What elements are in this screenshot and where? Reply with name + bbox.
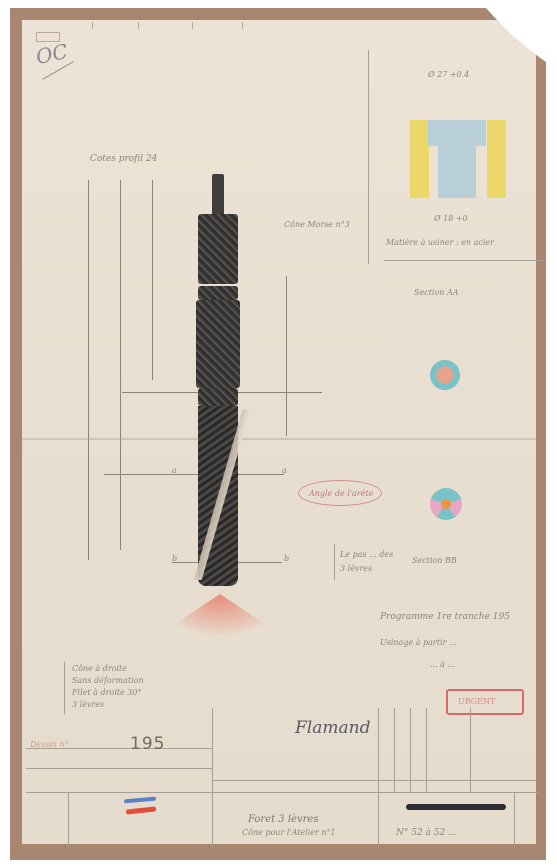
ink-bar-mark [406,804,506,810]
lower-right-line3: ... à ... [430,660,455,669]
bore-caption: Matière à usiner : en acier [386,238,494,247]
dimension-line [120,180,121,550]
dimension-line [88,180,89,560]
drawing-sheet: OC Cotes profil 24 Cône Morse n°3 a a b … [10,8,546,860]
section-a-mark-left: a [172,466,177,475]
section-a-title: Section AA [414,288,459,297]
title-block-rule [394,708,395,792]
bore-section-drawing [410,120,506,198]
bore-hole [438,146,476,198]
section-b-mark-right: b [284,554,289,563]
frame-tick [192,22,193,29]
drill-collar [198,286,238,300]
lower-right-line2: Usinage à partir ... [380,638,457,647]
drill-shank-lower [196,300,240,388]
title-block-rule [212,780,538,781]
shank-note: Cône Morse n°3 [284,220,350,229]
left-note-line3: Filet à droite 30° [72,688,141,697]
counterbore [428,120,486,146]
drawing-title: Foret 3 lèvres [248,814,318,825]
frame-tick [242,22,243,29]
title-block-rule [26,768,212,769]
section-a-cross-section [430,360,460,390]
mid-note-line2: 3 lèvres [340,564,372,573]
drill-tang [212,174,224,214]
section-line-a [104,474,284,475]
red-box-stamp: URGENT [446,689,524,715]
drill-neck [198,388,238,406]
frame-tick [92,22,93,29]
section-b-cross-section [430,488,462,520]
title-block-rule [378,708,379,848]
section-a-mark-right: a [282,466,287,475]
dimension-line [286,276,287,436]
dimension-line [152,180,153,380]
corner-mark: OC [34,39,70,69]
section-b-title: Section BB [412,556,457,565]
left-note-line1: Cône à droite [72,664,127,673]
fold-line [22,438,536,440]
bore-dim-bottom: Ø 18 +0 [434,214,468,223]
drawing-reference: N° 52 à 52 ... [396,828,457,838]
drawing-number-label: Dessin n° [30,740,69,749]
red-oval-annotation: Angle de l'arête [298,480,382,506]
left-note-line4: 3 lèvres [72,700,104,709]
drawing-subtitle: Cône pour l'Atelier n°1 [242,828,336,837]
bracket [334,544,335,580]
title-block-rule [426,708,427,792]
frame-tick [138,22,139,29]
drill-shank-upper [198,214,238,284]
title-block-rule [470,708,471,792]
drill-bit-drawing [196,174,240,594]
title-block-rule [68,792,69,848]
divider [384,260,544,261]
title-block-rule [410,708,411,792]
divider [368,50,369,264]
left-note-line2: Sans déformation [72,676,144,685]
top-left-title: Cotes profil 24 [90,154,157,164]
title-block-rule [514,792,515,848]
signature: Flamand [295,718,370,738]
red-box-label: URGENT [458,697,495,706]
oval-note: Angle de l'arête [309,489,373,498]
drawing-number: 195 [130,734,165,754]
bracket [64,662,65,714]
title-block-rule [212,708,213,848]
mid-note-line1: Le pas ... des [340,550,393,559]
title-block-rule [26,792,538,793]
bore-dim-top: Ø 27 +0.4 [428,70,469,79]
lower-right-title: Programme 1re tranche 195 [380,612,510,622]
section-b-mark-left: b [172,554,177,563]
